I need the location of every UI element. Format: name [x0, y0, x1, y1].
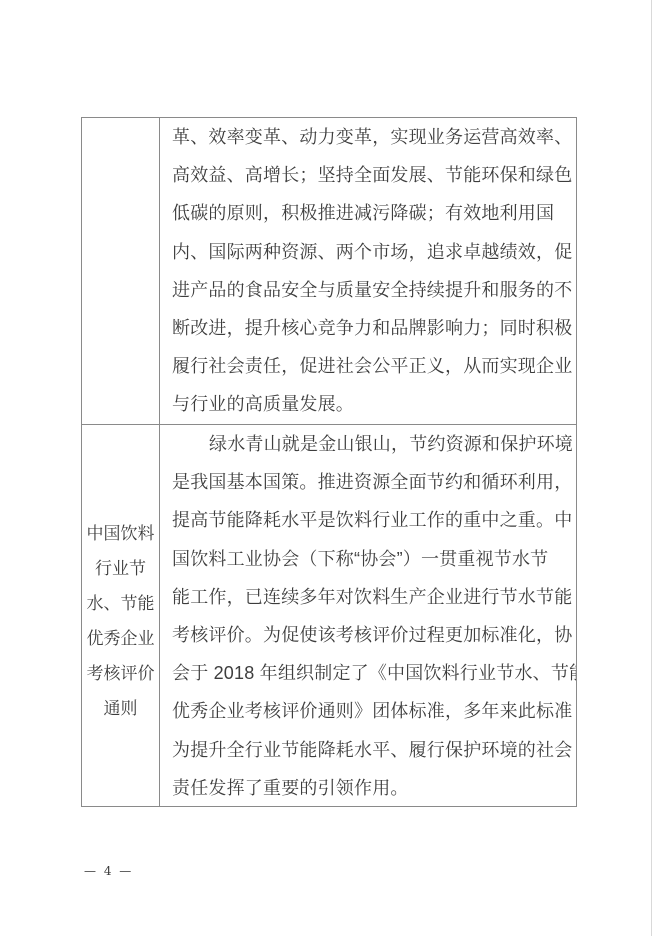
row-body-cell: 革、效率变革、动力变革，实现业务运营高效率、 高效益、高增长；坚持全面发展、节能… — [160, 118, 576, 424]
table-row: 中国饮料 行业节 水、节能 优秀企业 考核评价 通则 绿水青山就是金山银山，节约… — [82, 425, 576, 806]
text-line: 提高节能降耗水平是饮料行业工作的重中之重。中 — [172, 501, 572, 539]
row-header-text: 中国饮料 行业节 水、节能 优秀企业 考核评价 通则 — [87, 506, 155, 726]
text-line: 优秀企业考核评价通则》团体标准，多年来此标准 — [172, 692, 572, 730]
row-body-cell: 绿水青山就是金山银山，节约资源和保护环境 是我国基本国策。推进资源全面节约和循环… — [160, 425, 576, 806]
text-line: 绿水青山就是金山银山，节约资源和保护环境 — [172, 425, 572, 463]
text-line: 责任发挥了重要的引领作用。 — [172, 769, 572, 806]
standards-table: 革、效率变革、动力变革，实现业务运营高效率、 高效益、高增长；坚持全面发展、节能… — [81, 117, 577, 807]
text-line: 低碳的原则，积极推进减污降碳；有效地利用国 — [172, 194, 572, 232]
scan-edge-line — [651, 0, 652, 936]
text-line: 断改进，提升核心竞争力和品牌影响力；同时积极 — [172, 309, 572, 347]
text-line: 为提升全行业节能降耗水平、履行保护环境的社会 — [172, 731, 572, 769]
text-line: 高效益、高增长；坚持全面发展、节能环保和绿色 — [172, 156, 572, 194]
row-header-cell: 中国饮料 行业节 水、节能 优秀企业 考核评价 通则 — [82, 425, 160, 806]
text-line: 能工作，已连续多年对饮料生产企业进行节水节能 — [172, 578, 572, 616]
text-line: 进产品的食品安全与质量安全持续提升和服务的不 — [172, 271, 572, 309]
text-line: 履行社会责任，促进社会公平正义，从而实现企业 — [172, 347, 572, 385]
text-line: 内、国际两种资源、两个市场，追求卓越绩效，促 — [172, 233, 572, 271]
page-number: — 4 — — [84, 864, 133, 878]
text-line: 革、效率变革、动力变革，实现业务运营高效率、 — [172, 118, 572, 156]
header-line: 考核评价 — [87, 656, 155, 691]
text-line: 是我国基本国策。推进资源全面节约和循环利用， — [172, 463, 572, 501]
table-row: 革、效率变革、动力变革，实现业务运营高效率、 高效益、高增长；坚持全面发展、节能… — [82, 118, 576, 425]
document-page: 革、效率变革、动力变革，实现业务运营高效率、 高效益、高增长；坚持全面发展、节能… — [0, 0, 661, 936]
header-line: 中国饮料 — [87, 516, 155, 551]
header-line: 通则 — [87, 691, 155, 726]
text-line: 国饮料工业协会（下称“协会”）一贯重视节水节 — [172, 540, 572, 578]
header-line: 行业节 — [87, 551, 155, 586]
text-line: 考核评价。为促使该考核评价过程更加标准化，协 — [172, 616, 572, 654]
text-line: 与行业的高质量发展。 — [172, 385, 572, 423]
header-line: 优秀企业 — [87, 621, 155, 656]
row-header-cell-empty — [82, 118, 160, 424]
header-line: 水、节能 — [87, 586, 155, 621]
text-line: 会于 2018 年组织制定了《中国饮料行业节水、节能 — [172, 654, 572, 692]
